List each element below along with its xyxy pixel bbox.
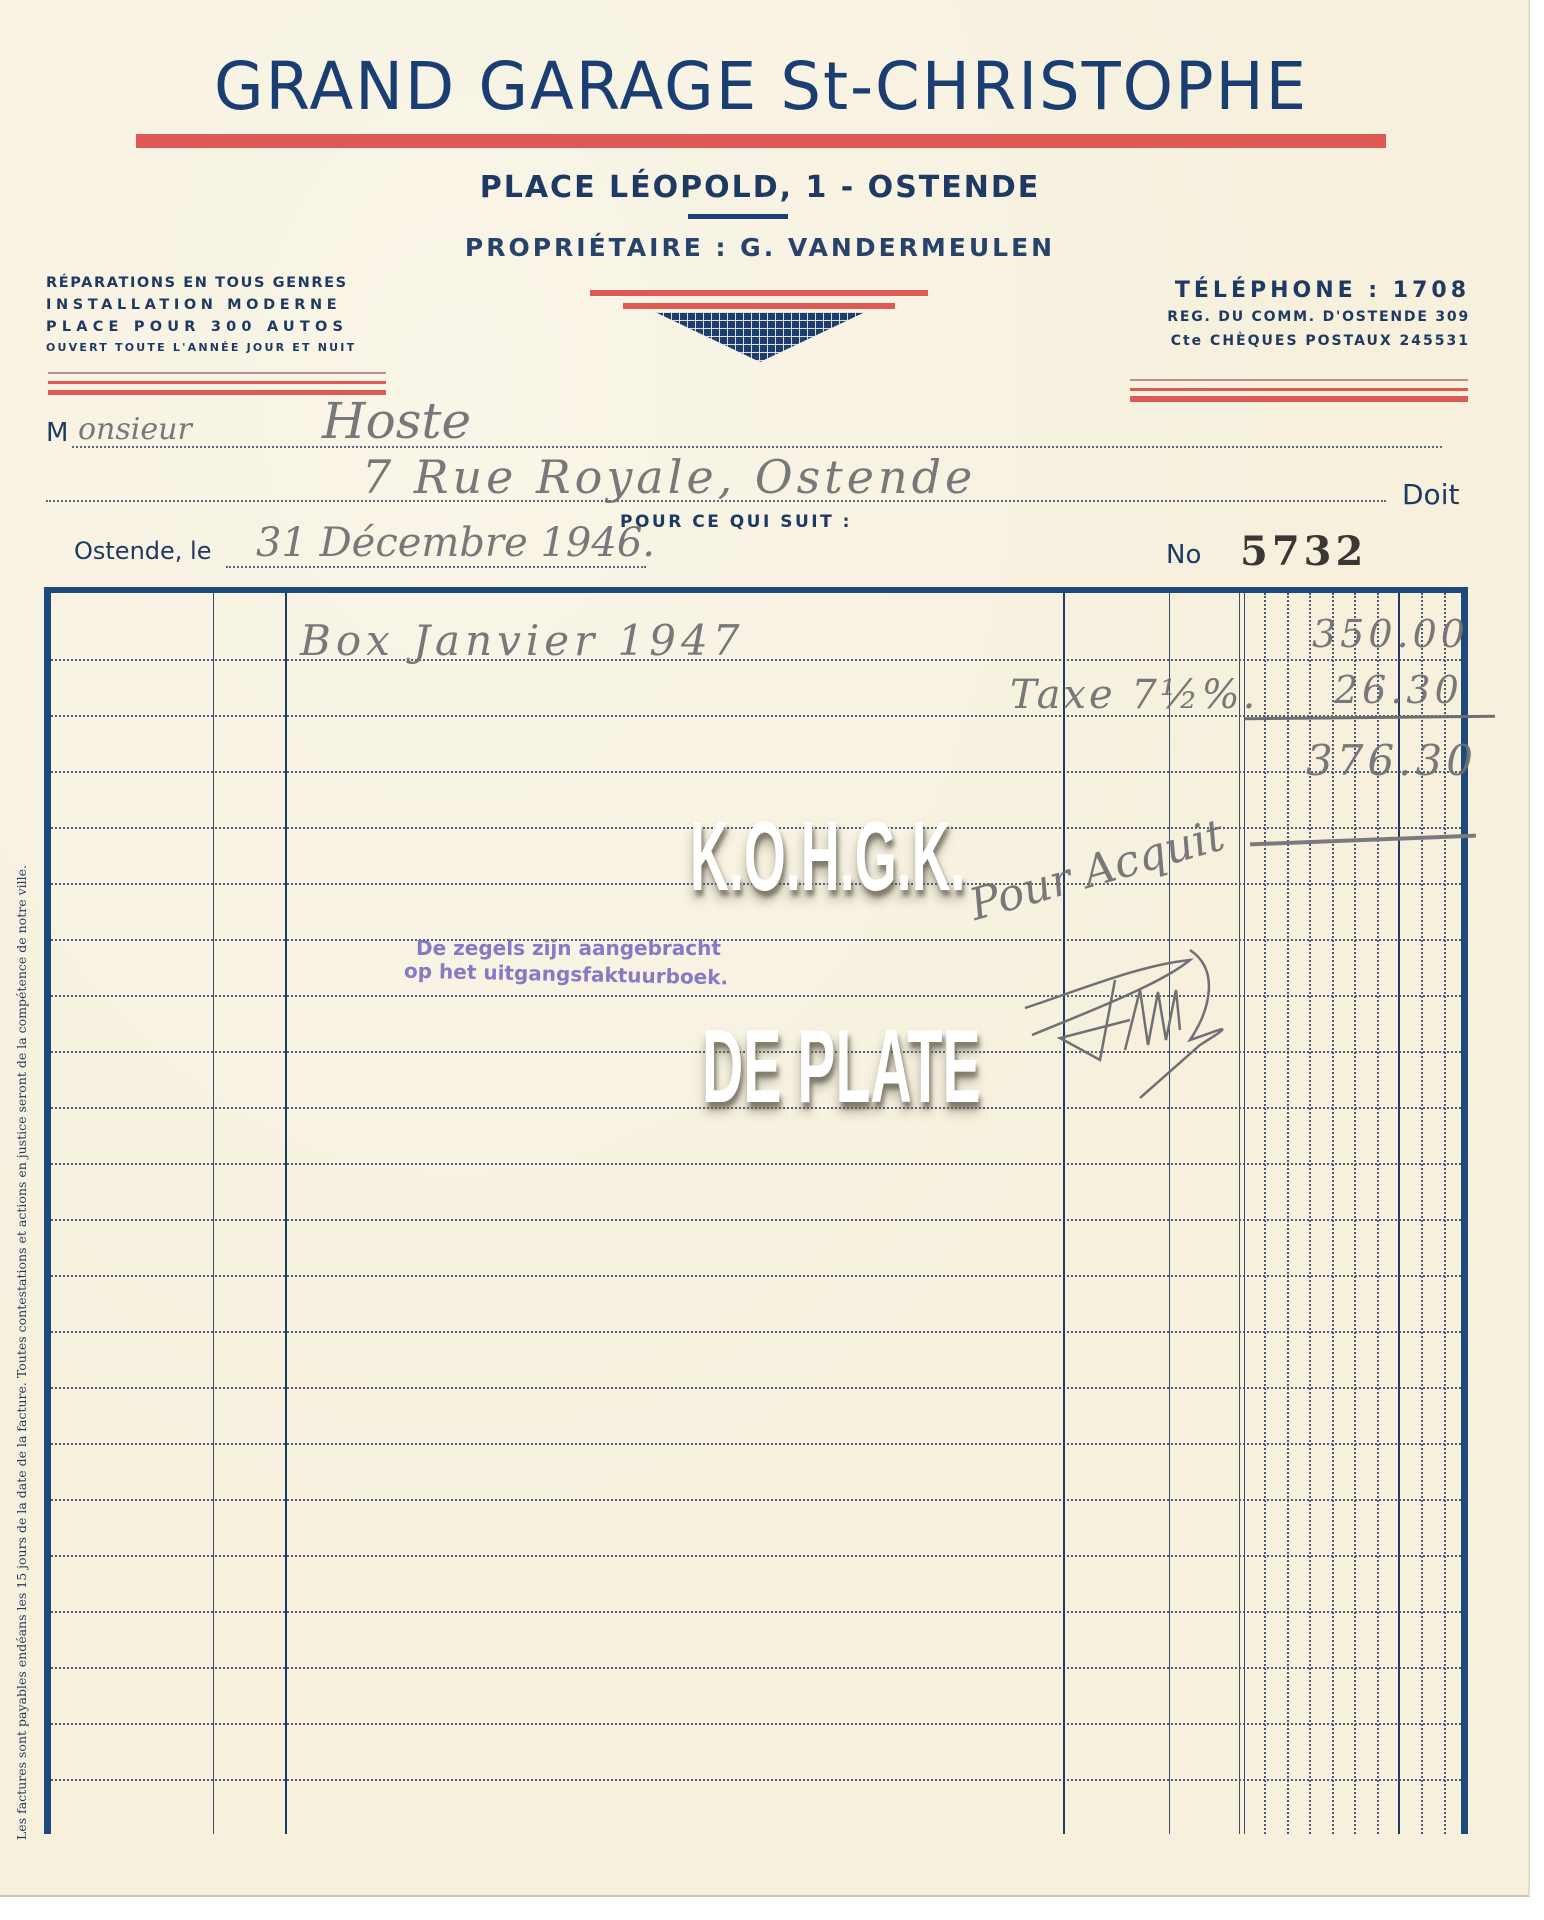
table-row-rule (51, 1499, 1461, 1501)
place-date-label: Ostende, le (74, 537, 211, 565)
invoice-date-handwritten: 31 Décembre 1946. (256, 520, 655, 566)
postal-account: Cte CHÈQUES POSTAUX 245531 (1130, 333, 1470, 349)
emblem-bar-middle (623, 303, 895, 309)
salutation-handwritten: onsieur (78, 412, 192, 447)
invoice-table (44, 587, 1468, 1834)
signature (1020, 930, 1260, 1100)
left-rule-mid (48, 381, 386, 384)
table-row-rule (51, 1443, 1461, 1445)
table-row-rule (51, 1611, 1461, 1613)
watermark-de-plate: DE PLATE (702, 1008, 981, 1127)
company-address: PLACE LÉOPOLD, 1 - OSTENDE (380, 170, 1140, 205)
column-rule (213, 593, 214, 1834)
line-item-total: 376.30 (1306, 736, 1477, 785)
company-name: GRAND GARAGE St-CHRISTOPHE (155, 48, 1368, 125)
emblem-bar-top (590, 290, 928, 296)
contact-info: TÉLÉPHONE : 1708 REG. DU COMM. D'OSTENDE… (1130, 278, 1470, 349)
line-item-description: Box Janvier 1947 (300, 616, 744, 665)
table-row-rule (51, 1723, 1461, 1725)
right-rule-mid (1130, 388, 1468, 391)
telephone: TÉLÉPHONE : 1708 (1130, 278, 1470, 303)
service-line: RÉPARATIONS EN TOUS GENRES (46, 275, 386, 291)
invoice-document: GRAND GARAGE St-CHRISTOPHE PLACE LÉOPOLD… (0, 0, 1530, 1897)
payment-terms-notice: Les factures sont payables endéans les 1… (14, 620, 29, 1840)
watermark-khgk: K.O.H.G.K. (690, 800, 966, 913)
table-row-rule (51, 659, 1461, 661)
stamp-line: op het uitgangsfaktuurboek. (404, 958, 729, 991)
service-line: PLACE POUR 300 AUTOS (46, 319, 386, 335)
column-rule (285, 593, 287, 1834)
proprietor: PROPRIÉTAIRE : G. VANDERMEULEN (380, 233, 1140, 262)
table-row-rule (51, 771, 1461, 773)
table-row-rule (51, 1331, 1461, 1333)
table-row-rule (51, 1275, 1461, 1277)
column-rule (1244, 593, 1245, 1834)
recipient-prefix: M (46, 418, 68, 448)
table-row-rule (51, 1387, 1461, 1389)
number-label: No (1166, 540, 1201, 570)
stamp-text: De zegels zijn aangebracht op het uitgan… (404, 935, 728, 987)
commerce-register: REG. DU COMM. D'OSTENDE 309 (1130, 309, 1470, 325)
line-item-amount: 26.30 (1334, 668, 1463, 712)
column-rule (1239, 593, 1240, 1834)
date-line (226, 566, 646, 568)
recipient-address-handwritten: 7 Rue Royale, Ostende (362, 450, 976, 504)
doit-label: Doit (1402, 478, 1459, 511)
title-underline (136, 134, 1386, 148)
signature-scribble-icon (1020, 930, 1260, 1100)
table-row-rule (51, 1555, 1461, 1557)
recipient-name-handwritten: Hoste (322, 392, 471, 450)
invoice-number: 5732 (1240, 528, 1367, 575)
recipient-line-1 (72, 446, 1442, 448)
emblem-triangle-icon (655, 312, 865, 362)
column-rule (1063, 593, 1065, 1834)
table-row-rule (51, 1163, 1461, 1165)
right-rule-thin (1130, 379, 1468, 381)
right-rule-thick (1130, 396, 1468, 402)
address-underline (688, 214, 788, 219)
service-line: OUVERT TOUTE L'ANNÉE JOUR ET NUIT (46, 341, 386, 354)
table-row-rule (51, 1779, 1461, 1781)
line-item-description: Taxe 7½%. (1010, 672, 1258, 718)
stamp-line: De zegels zijn aangebracht (416, 935, 728, 961)
line-item-amount: 350.00 (1312, 612, 1469, 656)
digit-column-rule (1264, 593, 1266, 1834)
column-rule (1169, 593, 1170, 1834)
table-row-rule (51, 1219, 1461, 1221)
service-line: INSTALLATION MODERNE (46, 297, 386, 313)
table-row-rule (51, 1667, 1461, 1669)
left-rule-thin (48, 372, 386, 374)
digit-column-rule (1287, 593, 1289, 1834)
services-list: RÉPARATIONS EN TOUS GENRES INSTALLATION … (46, 275, 386, 354)
